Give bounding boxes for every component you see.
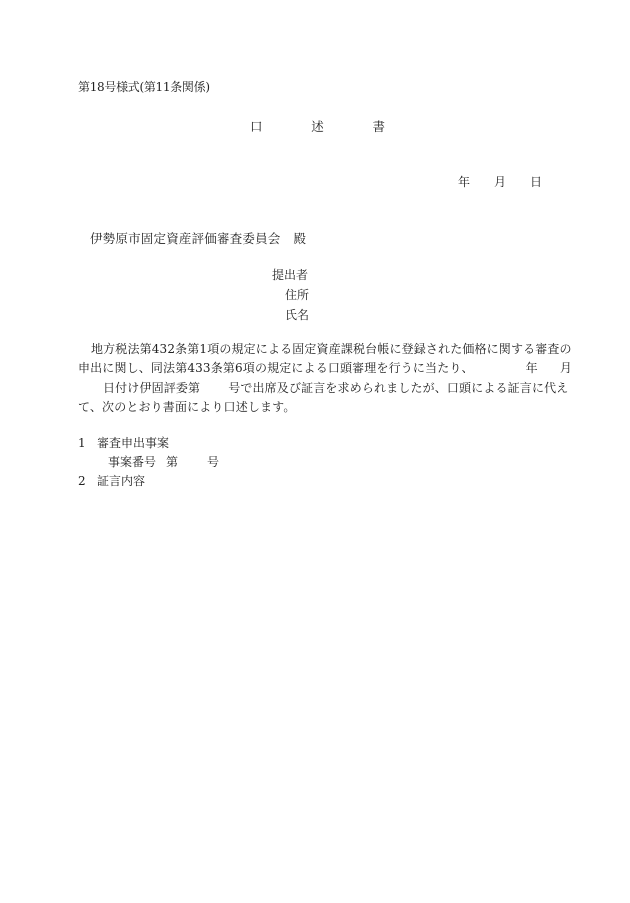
body-line-3-prefix: 日付け伊固評委第: [103, 381, 200, 395]
submitter-label: 提出者: [272, 269, 308, 281]
date-day: 日: [530, 176, 542, 188]
name-label: 氏名: [285, 309, 309, 321]
body-line-3: 日付け伊固評委第号で出席及び証言を求められましたが、口頭による証言に代え: [103, 382, 568, 394]
document-title: 口 述 書: [250, 121, 385, 134]
body-line-4: て、次のとおり書面により口述します。: [78, 401, 296, 413]
document-page: 第18号様式(第11条関係) 口 述 書 年 月 日 伊勢原市固定資産評価審査委…: [0, 0, 630, 903]
body-line-2: 申出に関し、同法第433条第6項の規定による口頭審理を行うに当たり、年月: [78, 362, 572, 374]
title-char: 書: [372, 121, 385, 134]
body-blank-month: 月: [560, 361, 572, 375]
section-2-heading: 2証言内容: [78, 475, 145, 487]
case-number-label: 事案番号: [108, 455, 156, 469]
case-number-line: 事案番号第号: [108, 456, 219, 468]
date-line: 年 月 日: [458, 176, 542, 188]
title-char: 述: [311, 121, 324, 134]
form-number: 第18号様式(第11条関係): [78, 81, 210, 93]
date-year: 年: [458, 176, 470, 188]
case-number-suffix: 号: [207, 455, 219, 469]
section-1-heading: 1審査申出事案: [78, 437, 169, 449]
body-line-1: 地方税法第432条第1項の規定による固定資産課税台帳に登録された価格に関する審査…: [91, 343, 572, 355]
date-month: 月: [494, 176, 506, 188]
case-number-prefix: 第: [166, 455, 178, 469]
addressee: 伊勢原市固定資産評価審査委員会殿: [90, 233, 306, 246]
title-char: 口: [250, 121, 263, 134]
section-number: 2: [78, 475, 97, 487]
section-title: 審査申出事案: [97, 436, 169, 450]
addressee-name: 伊勢原市固定資産評価審査委員会: [90, 231, 281, 246]
section-number: 1: [78, 437, 97, 449]
body-line-3-suffix: 号で出席及び証言を求められましたが、口頭による証言に代え: [228, 381, 568, 395]
body-blank-year: 年: [526, 361, 538, 375]
body-line-2-text: 申出に関し、同法第433条第6項の規定による口頭審理を行うに当たり、: [78, 361, 474, 375]
addressee-honorific: 殿: [294, 231, 307, 246]
section-title: 証言内容: [97, 474, 145, 488]
address-label: 住所: [285, 289, 309, 301]
